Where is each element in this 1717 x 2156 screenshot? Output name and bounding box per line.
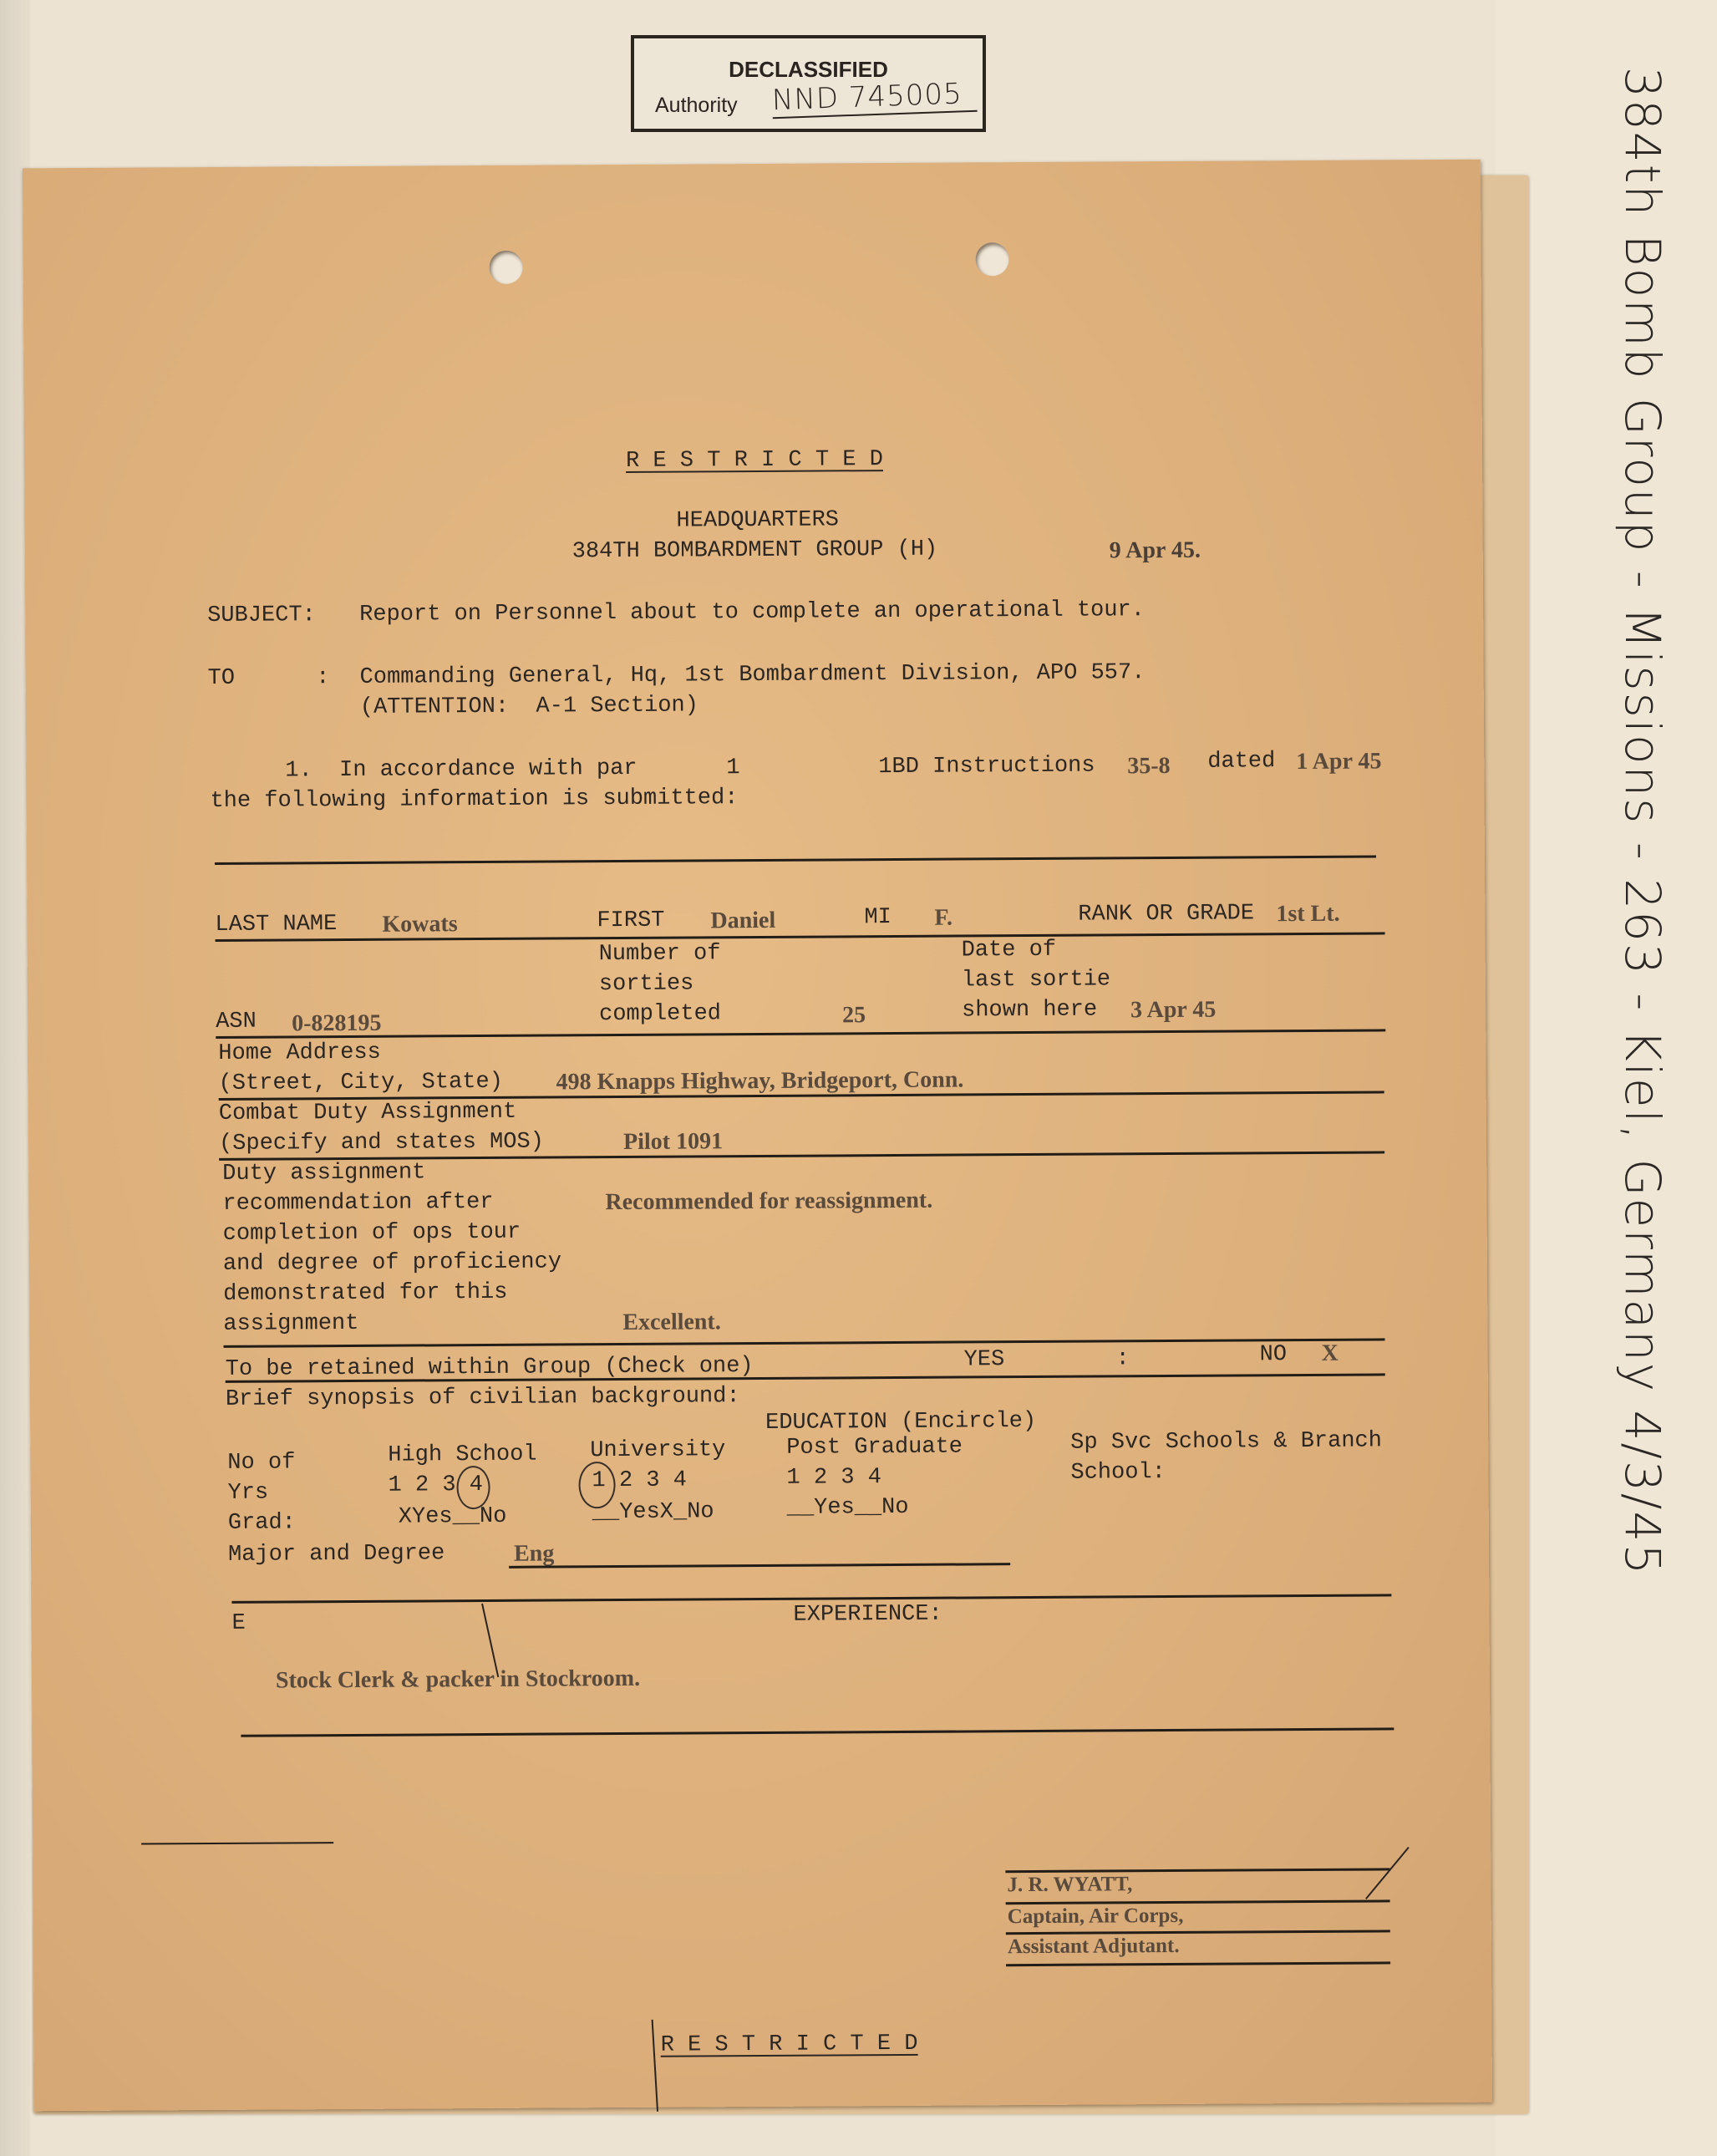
post-grad-grad: __Yes__No [787, 1495, 909, 1521]
para1-par: 1 [726, 755, 739, 781]
first-name-value: Daniel [710, 908, 775, 934]
university-label: University [590, 1437, 725, 1463]
para1-date: 1 Apr 45 [1296, 748, 1381, 775]
asn-label: ASN [216, 1009, 257, 1035]
duty-label-1: recommendation after [222, 1190, 493, 1217]
para1-instructions-number: 35-8 [1127, 753, 1171, 780]
sp-svc-label-2: School: [1070, 1460, 1166, 1486]
to-label: TO : [208, 665, 330, 691]
margin-dash [141, 1842, 333, 1844]
last-sortie-label-1: Date of [962, 938, 1057, 964]
mi-label: MI [864, 905, 892, 930]
high-school-label: High School [388, 1442, 536, 1468]
last-name-value: Kowats [382, 911, 457, 938]
last-sortie-value: 3 Apr 45 [1130, 997, 1216, 1025]
sorties-label-3: completed [599, 1001, 721, 1027]
education-title: EDUCATION (Encircle) [765, 1409, 1036, 1436]
university-grad: __YesX_No [592, 1499, 714, 1525]
post-grad-label: Post Graduate [786, 1435, 963, 1461]
sorties-label-2: sorties [599, 971, 694, 997]
signature-title1: Captain, Air Corps, [1008, 1904, 1184, 1929]
proficiency-value: Excellent. [622, 1309, 721, 1336]
header-line1: HEADQUARTERS [676, 507, 839, 533]
para1-line2: the following information is submitted: [210, 786, 738, 814]
para1-prefix: 1. In accordance with par [285, 756, 637, 784]
major-label: Major and Degree [228, 1541, 444, 1568]
subject-text: Report on Personnel about to complete an… [359, 597, 1145, 628]
margin-handwritten-note: 384th Bomb Group - Missions - 263 - Kiel… [1614, 67, 1671, 1421]
punch-hole-left [490, 251, 523, 284]
classification-bottom: R E S T R I C T E D [661, 2031, 918, 2058]
subject-label: SUBJECT: [207, 603, 316, 628]
duty-label-3: and degree of proficiency [223, 1249, 561, 1276]
experience-value: Stock Clerk & packer in Stockroom. [276, 1665, 640, 1695]
duty-recommendation-value: Recommended for reassignment. [605, 1187, 932, 1216]
major-rule [509, 1563, 1010, 1569]
edu-row-label-2: Yrs [228, 1481, 269, 1506]
retained-separator: : [1116, 1346, 1130, 1371]
form-top-rule [215, 855, 1376, 864]
edu-row-label-1: No of [227, 1450, 295, 1475]
major-value: Eng [514, 1540, 554, 1567]
duty-label-0: Duty assignment [222, 1160, 425, 1186]
retained-no-check: X [1322, 1340, 1339, 1367]
para1-instructions: 1BD Instructions [878, 754, 1095, 781]
duty-rule [224, 1338, 1385, 1347]
signature-rule [1005, 1868, 1389, 1873]
home-label-1: Home Address [218, 1040, 381, 1066]
retained-no-label: NO [1260, 1342, 1288, 1367]
experience-prefix: E [231, 1611, 245, 1636]
last-name-label: LAST NAME [215, 912, 337, 938]
signature-stroke [1365, 1847, 1410, 1899]
home-label-2: (Street, City, State) [219, 1070, 503, 1096]
signature-name-rule [1006, 1899, 1390, 1904]
duty-label-4: demonstrated for this [223, 1280, 507, 1307]
mi-value: F. [934, 905, 952, 932]
stamp-authority-value: NND 745005 [771, 77, 977, 119]
duty-label-2: completion of ops tour [223, 1220, 521, 1247]
home-address-value: 498 Knapps Highway, Bridgeport, Conn. [556, 1066, 964, 1096]
experience-label: EXPERIENCE: [793, 1602, 942, 1628]
asn-row-rule [216, 1029, 1385, 1039]
sorties-label-1: Number of [599, 941, 721, 967]
edu-row-label-3: Grad: [228, 1510, 296, 1535]
last-sortie-label-2: last sortie [962, 967, 1110, 993]
post-grad-years: 1 2 3 4 [786, 1465, 881, 1491]
fold-line [652, 2020, 658, 2112]
to-line1: Commanding General, Hq, 1st Bombardment … [360, 660, 1146, 690]
combat-label-1: Combat Duty Assignment [219, 1100, 517, 1126]
header-line2: 384TH BOMBARDMENT GROUP (H) [572, 537, 938, 565]
duty-label-5: assignment [223, 1311, 358, 1337]
signature-name: J. R. WYATT, [1007, 1873, 1132, 1897]
combat-duty-value: Pilot 1091 [623, 1128, 723, 1156]
sorties-value: 25 [842, 1002, 866, 1029]
sp-svc-label-1: Sp Svc Schools & Branch [1070, 1428, 1382, 1455]
signature-title2-rule [1006, 1961, 1390, 1966]
first-name-label: FIRST [597, 908, 664, 933]
combat-label-2: (Specify and states MOS) [219, 1130, 544, 1157]
last-sortie-label-3: shown here [962, 998, 1097, 1024]
punch-hole-right [975, 242, 1008, 276]
document-date: 9 Apr 45. [1110, 537, 1201, 565]
rank-label: RANK OR GRADE [1078, 901, 1254, 927]
asn-value: 0-828195 [292, 1010, 382, 1038]
classification-top: R E S T R I C T E D [626, 447, 883, 474]
high-school-year-4-circle [456, 1466, 490, 1509]
synopsis-label: Brief synopsis of civilian background: [226, 1384, 740, 1412]
document-sheet: R E S T R I C T E D HEADQUARTERS 384TH B… [23, 160, 1492, 2112]
declassified-stamp: DECLASSIFIED Authority NND 745005 [631, 35, 986, 132]
signature-title2: Assistant Adjutant. [1008, 1935, 1180, 1959]
signature-title1-rule [1006, 1930, 1390, 1935]
rank-value: 1st Lt. [1276, 901, 1339, 928]
high-school-grad: XYes__No [399, 1504, 507, 1530]
stamp-authority-label: Authority [655, 94, 738, 118]
experience-bottom-rule [241, 1727, 1394, 1736]
to-line2: (ATTENTION: A-1 Section) [360, 693, 698, 720]
para1-dated: dated [1207, 749, 1275, 774]
retained-yes-label: YES [964, 1347, 1005, 1372]
